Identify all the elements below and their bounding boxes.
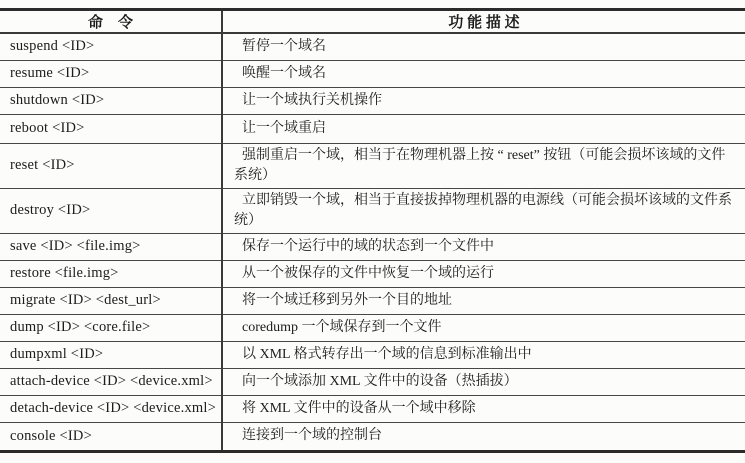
command-cell: restore <file.img> [0,260,222,287]
command-cell: attach-device <ID> <device.xml> [0,368,222,395]
description-cell: 连接到一个域的控制台 [222,422,745,451]
command-cell: suspend <ID> [0,33,222,60]
description-cell: 保存一个运行中的域的状态到一个文件中 [222,233,745,260]
table-row-restore: restore <file.img> 从一个被保存的文件中恢复一个域的运行 [0,260,745,287]
description-cell: coredump 一个域保存到一个文件 [222,314,745,341]
command-cell: dump <ID> <core.file> [0,314,222,341]
command-cell: save <ID> <file.img> [0,233,222,260]
description-cell: 强制重启一个域，相当于在物理机器上按 “ reset” 按钮（可能会损坏该域的文… [222,143,745,188]
table-row-console: console <ID> 连接到一个域的控制台 [0,422,745,451]
table-row-migrate: migrate <ID> <dest_url> 将一个域迁移到另外一个目的地址 [0,287,745,314]
command-cell: resume <ID> [0,60,222,87]
description-cell: 以 XML 格式转存出一个域的信息到标准输出中 [222,341,745,368]
document-page: 命 令 功 能 描 述 suspend <ID> 暂停一个域名 resume <… [0,0,745,453]
description-cell: 将 XML 文件中的设备从一个域中移除 [222,395,745,422]
description-cell: 让一个域重启 [222,114,745,143]
command-cell: reboot <ID> [0,114,222,143]
column-header-description: 功 能 描 述 [222,10,745,34]
table-row-save: save <ID> <file.img> 保存一个运行中的域的状态到一个文件中 [0,233,745,260]
table-row-attach-device: attach-device <ID> <device.xml> 向一个域添加 X… [0,368,745,395]
description-cell: 唤醒一个域名 [222,60,745,87]
command-cell: reset <ID> [0,143,222,188]
command-cell: detach-device <ID> <device.xml> [0,395,222,422]
command-table: 命 令 功 能 描 述 suspend <ID> 暂停一个域名 resume <… [0,8,745,453]
command-cell: migrate <ID> <dest_url> [0,287,222,314]
table-row-suspend: suspend <ID> 暂停一个域名 [0,33,745,60]
command-cell: dumpxml <ID> [0,341,222,368]
table-row-shutdown: shutdown <ID> 让一个域执行关机操作 [0,87,745,114]
table-row-dump: dump <ID> <core.file> coredump 一个域保存到一个文… [0,314,745,341]
table-row-reset: reset <ID> 强制重启一个域，相当于在物理机器上按 “ reset” 按… [0,143,745,188]
command-cell: shutdown <ID> [0,87,222,114]
description-cell: 从一个被保存的文件中恢复一个域的运行 [222,260,745,287]
description-cell: 让一个域执行关机操作 [222,87,745,114]
command-cell: console <ID> [0,422,222,451]
table-row-reboot: reboot <ID> 让一个域重启 [0,114,745,143]
command-cell: destroy <ID> [0,188,222,233]
description-cell: 将一个域迁移到另外一个目的地址 [222,287,745,314]
table-row-resume: resume <ID> 唤醒一个域名 [0,60,745,87]
table-row-destroy: destroy <ID> 立即销毁一个域，相当于直接拔掉物理机器的电源线（可能会… [0,188,745,233]
table-row-dumpxml: dumpxml <ID> 以 XML 格式转存出一个域的信息到标准输出中 [0,341,745,368]
description-cell: 暂停一个域名 [222,33,745,60]
description-cell: 向一个域添加 XML 文件中的设备（热插拔） [222,368,745,395]
table-row-detach-device: detach-device <ID> <device.xml> 将 XML 文件… [0,395,745,422]
description-cell: 立即销毁一个域，相当于直接拔掉物理机器的电源线（可能会损坏该域的文件系统） [222,188,745,233]
column-header-command: 命 令 [0,10,222,34]
table-header-row: 命 令 功 能 描 述 [0,10,745,34]
